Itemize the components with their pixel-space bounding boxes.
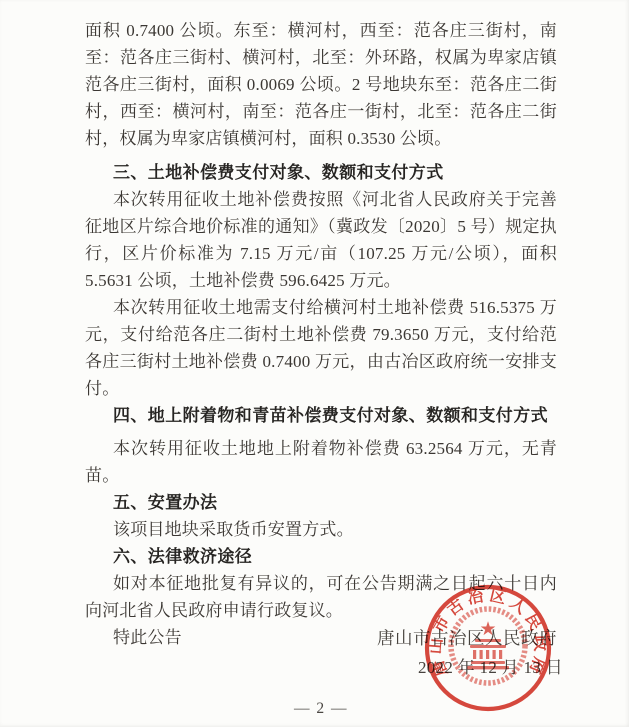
- official-seal: 唐山市古冶区人民政府 ★: [413, 573, 563, 723]
- section-heading-attachments-compensation: 四、地上附着物和青苗补偿费支付对象、数额和支付方式: [85, 402, 557, 429]
- announcement-body: 面积 0.7400 公顷。东至：横河村，西至：范各庄三街村，南至：范各庄三街村、…: [85, 17, 557, 651]
- section-heading-resettlement: 五、安置办法: [85, 489, 557, 516]
- paragraph-continuation: 面积 0.7400 公顷。东至：横河村，西至：范各庄三街村，南至：范各庄三街村、…: [85, 17, 557, 152]
- tiananmen-icon: [467, 639, 509, 669]
- section-heading-land-compensation: 三、土地补偿费支付对象、数额和支付方式: [85, 159, 557, 186]
- paragraph: 本次转用征收土地需支付给横河村土地补偿费 516.5375 万元，支付给范各庄二…: [85, 294, 557, 402]
- paragraph: 本次转用征收土地补偿费按照《河北省人民政府关于完善征地区片综合地价标准的通知》（…: [85, 186, 557, 294]
- section-heading-legal-remedy: 六、法律救济途径: [85, 543, 557, 570]
- paragraph: 本次转用征收土地地上附着物补偿费 63.2564 万元，无青苗。: [85, 435, 557, 489]
- paragraph: 该项目地块采取货币安置方式。: [85, 516, 557, 543]
- page-number: — 2 —: [294, 700, 348, 718]
- document-page: 面积 0.7400 公顷。东至：横河村，西至：范各庄三街村，南至：范各庄三街村、…: [0, 0, 629, 727]
- national-emblem-icon: ★: [451, 609, 525, 683]
- star-icon: ★: [479, 618, 496, 640]
